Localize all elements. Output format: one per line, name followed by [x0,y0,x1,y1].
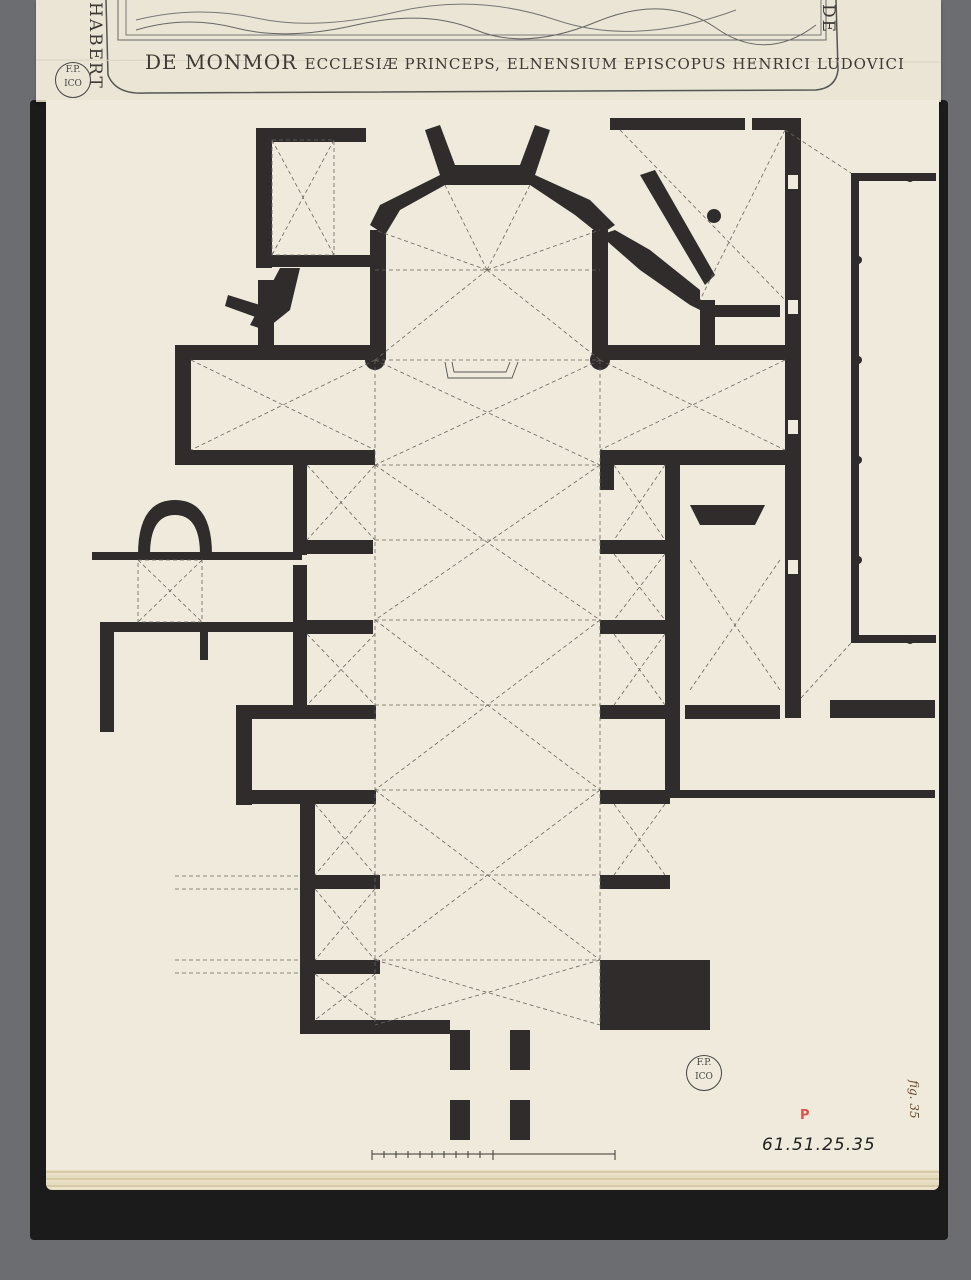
folio-note: fig. 35 [907,1080,921,1119]
library-stamp: F.P. ICO [686,1055,722,1091]
red-mark: P [800,1108,810,1122]
scale-bar [372,1150,615,1160]
church-ground-plan [0,0,971,1280]
catalog-number: 61.51.25.35 [762,1135,876,1155]
